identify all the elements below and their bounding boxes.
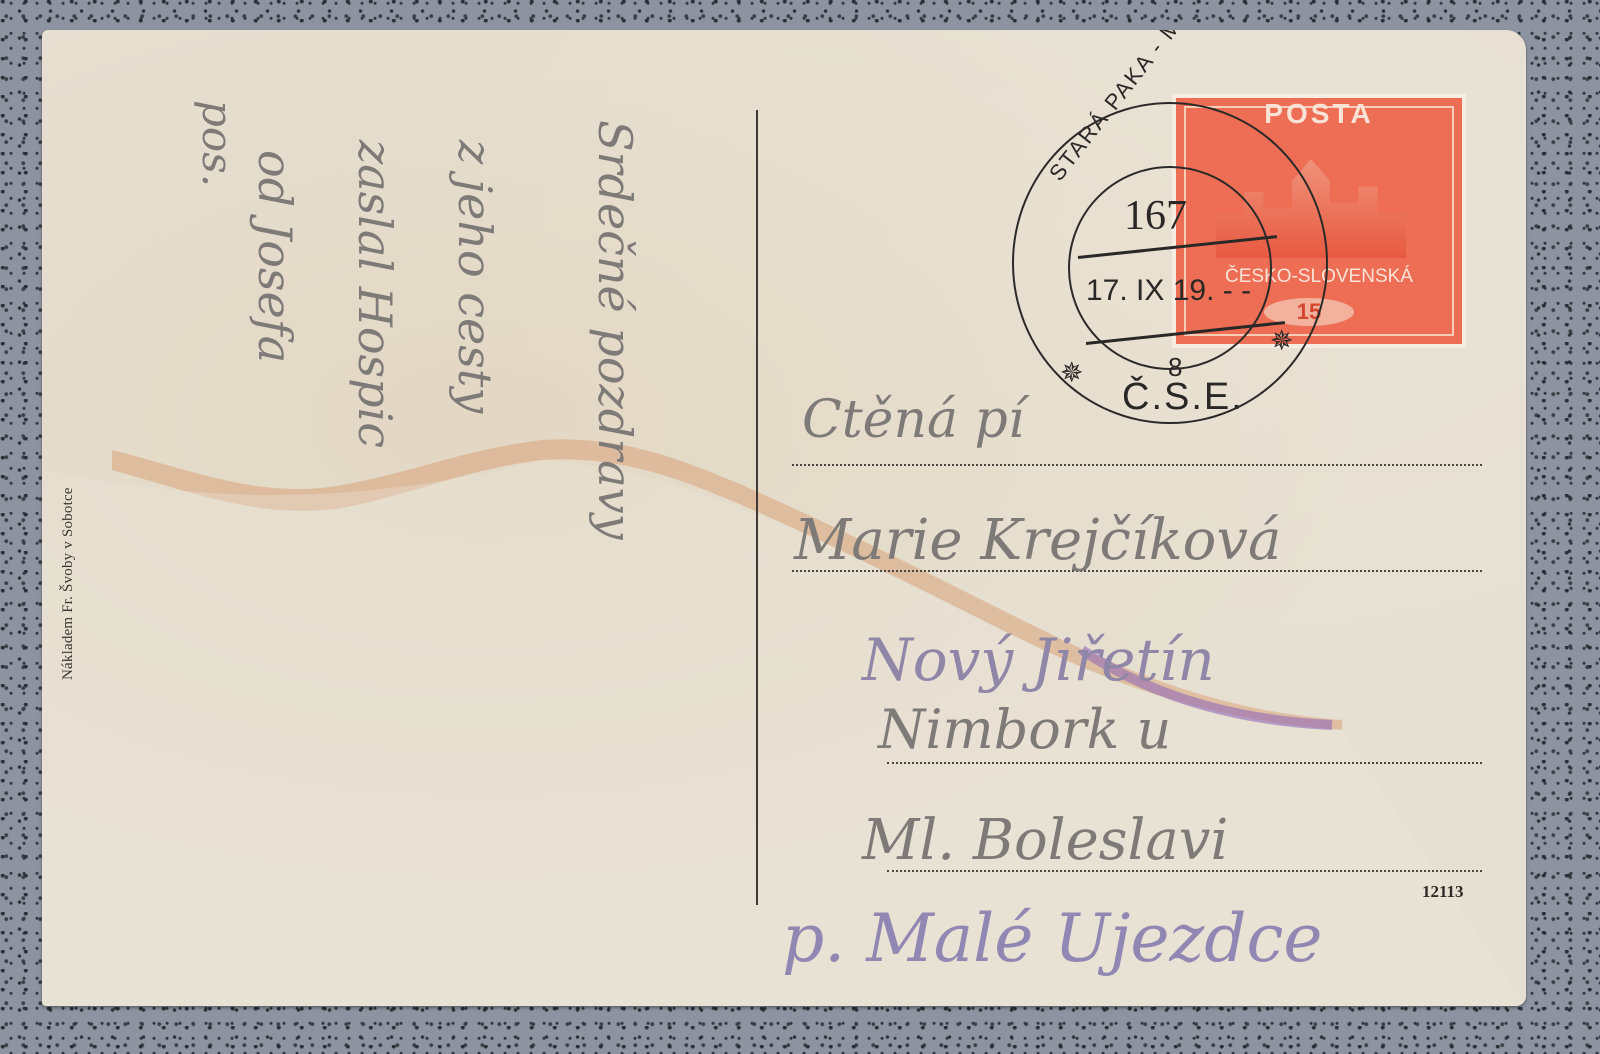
address-line-rule [887,762,1482,764]
address-locality: Nimbork u [878,698,1171,761]
postmark-date: 17. IX 19. - - [1086,274,1251,308]
message-line: zaslal Hospic [348,140,402,448]
serial-number: 12113 [1422,882,1464,902]
address-line-rule [792,464,1482,466]
postmark: STARÁ PAKA - ML. BOLESLAV 167 17. IX 19.… [1012,102,1328,424]
postmark-service: Č.S.E. [1122,376,1244,419]
message-line: pos. [193,100,242,187]
message-line: od Josefa [248,150,302,363]
postcard: Nákladem Fr. Švoby v Sobotce Srdečné poz… [42,30,1526,1006]
address-city: Ml. Boleslavi [862,808,1228,873]
star-icon: ✵ [1060,356,1083,389]
address-town: Nový Jiřetín [862,626,1215,694]
card-divider-line [756,110,758,905]
message-line: z jeho cesty [448,140,502,413]
address-post-office: p. Malé Ujezdce [782,900,1322,977]
star-icon: ✵ [1270,324,1293,357]
address-salutation: Ctěná pí [802,390,1024,450]
message-line: Srdečné pozdravy [588,120,642,540]
publisher-imprint: Nákladem Fr. Švoby v Sobotce [60,487,77,680]
address-recipient: Marie Krejčíková [794,508,1281,573]
postmark-train-number: 167 [1124,192,1187,240]
